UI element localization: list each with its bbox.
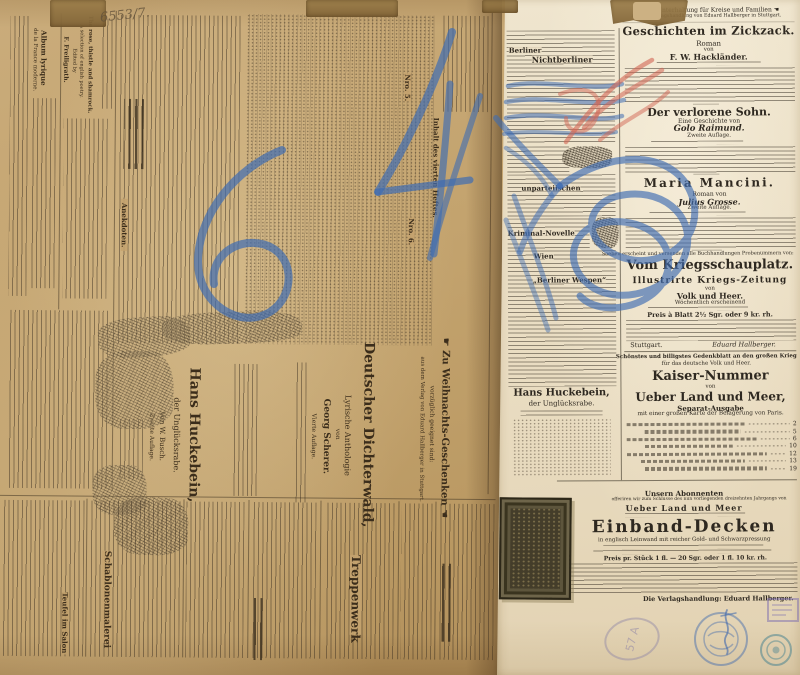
illegible-text-block [507, 146, 569, 172]
proben-line: Soeben erscheint und versenden alle Buch… [598, 251, 798, 257]
illegible-text-line [650, 211, 746, 216]
toc-page-number: 12 [789, 450, 797, 457]
ornament-manicule-right: ☚ [774, 6, 779, 13]
separator-rule [693, 174, 719, 175]
mancini-sub2: Zweite Auflage. [624, 205, 796, 211]
tape-patch [482, 0, 518, 13]
einband-sub: in englisch Leinwand mit reicher Gold- u… [571, 537, 797, 544]
krieg-sub3: Wöchentlich erscheinend [624, 300, 796, 306]
mancini-title: Maria Mancini. [623, 176, 795, 189]
illegible-text-line [651, 141, 743, 145]
banner-line2: für das deutsche Volk und Heer. [614, 361, 798, 367]
toc-page-number: 13 [789, 457, 797, 464]
tape-patch [306, 0, 398, 17]
abonnenten-line3: Ueber Land und Meer [571, 503, 797, 512]
tape-paper-remnant [633, 2, 661, 20]
contents-dotted-list [513, 418, 611, 477]
toc-page-number: 19 [789, 465, 797, 472]
toc-page-number: 10 [789, 443, 797, 450]
sohn-title: Der verlorene Sohn. [623, 106, 795, 118]
woodcut-vignette-figure [592, 217, 619, 248]
zickzack-author: F. W. Hackländer. [623, 52, 795, 61]
bold-word-berliner: Berliner [509, 47, 542, 54]
cream-sheet-print-layer: ☛ zur Unterhaltung für Kreise und Famili… [0, 0, 800, 675]
illegible-text-line [521, 410, 603, 415]
section-rule [557, 479, 797, 481]
toc-page-number: 2 [793, 420, 797, 427]
illegible-text-line [603, 544, 763, 549]
closing-line: Die Verlagshandlung: Eduard Hallberger. [622, 595, 794, 602]
toc-row: 19 [627, 465, 797, 473]
kriegsschauplatz-title: Vom Kriegsschauplatz. [624, 258, 796, 272]
krieg-price: Preis à Blatt 2½ Sgr. oder 9 kr. rh. [624, 311, 796, 318]
zickzack-title: Geschichten im Zickzack. [621, 25, 797, 37]
illegible-text-block [625, 146, 795, 173]
illegible-text-block [508, 250, 617, 387]
krieg-sub1: Illustrirte Kriegs-Zeitung [624, 276, 796, 286]
einband-price: Preis pr. Stück 1 fl. — 20 Sgr. oder 1 f… [573, 555, 797, 562]
section-rule [624, 350, 796, 352]
sohn-sub2: Zweite Auflage. [623, 133, 795, 139]
krieg-city: Stuttgart. [630, 342, 662, 349]
bold-word-unparteiischen: unparteiischen [521, 184, 580, 191]
kaiser-contents-list: 2 5 6 10 12 13 19 [627, 420, 797, 473]
kaiser-sub3: mit einer großen Karte der Belagerung vo… [623, 411, 799, 418]
illegible-text-block [561, 562, 797, 594]
bold-word-kriminal-novelle: Kriminal-Novelle [508, 229, 575, 236]
toc-page-number: 6 [793, 435, 797, 442]
book-cover-engraving [499, 497, 572, 600]
scanned-document-page: Album lyrique de la France moderne. The … [0, 0, 800, 675]
toc-page-number: 5 [793, 428, 797, 435]
illegible-text-line [657, 61, 761, 66]
kaiser-sub1: Ueber Land und Meer, [624, 390, 796, 403]
illegible-text-block [626, 217, 796, 250]
woodcut-vignette-heads [562, 146, 612, 168]
illegible-text-block [626, 319, 796, 341]
bold-word-wien: Wien [534, 253, 554, 260]
kaiser-title: Kaiser-Nummer [624, 369, 796, 383]
tape-patch [50, 0, 106, 27]
bold-word-nichtberliner: Nichtberliner [532, 55, 593, 63]
col1-huckebein-title: Hans Huckebein, [506, 388, 616, 399]
illegible-text-block [625, 67, 795, 104]
col1-huckebein-sub: der Unglücksrabe. [507, 400, 617, 408]
illegible-text-block [507, 174, 615, 217]
einband-decken-title: Einband-Decken [571, 518, 797, 536]
bold-word-berliner-wespen: „Berliner Wespen“ [533, 276, 606, 283]
separator-rule [693, 104, 719, 105]
krieg-signature: Eduard Hallberger. [712, 341, 776, 348]
